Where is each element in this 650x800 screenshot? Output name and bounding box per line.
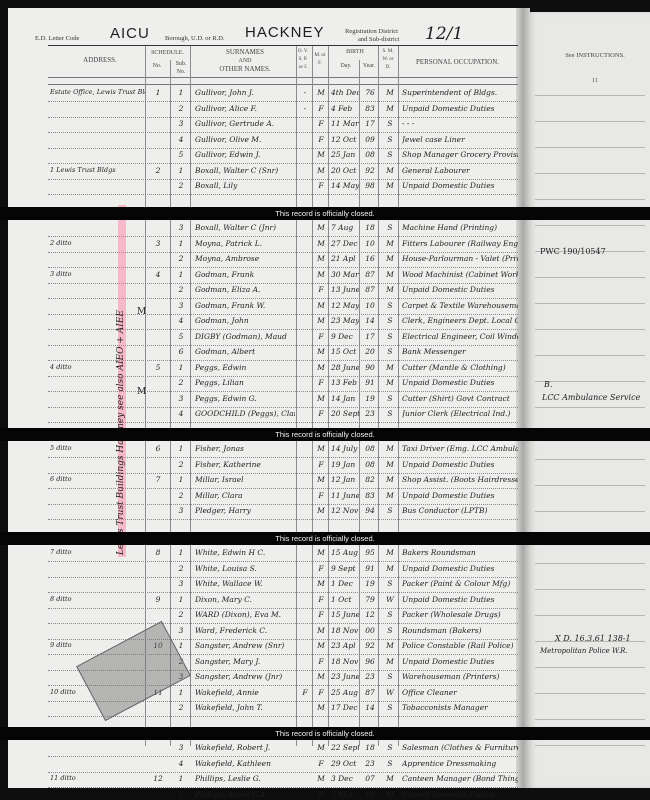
cell-name: Sangster, Andrew (Snr) [195, 641, 295, 650]
table-row: 4Wakefield, KathleenF29 Oct23SApprentice… [0, 757, 518, 773]
cell-day: 4 Feb [331, 104, 359, 113]
cell-occupation: General Labourer [402, 166, 518, 175]
cell-sex: M [315, 394, 327, 403]
cell-sex: F [315, 759, 327, 768]
cell-address: 1 Lewis Trust Bldgs [50, 166, 145, 174]
cell-marital: M [383, 88, 397, 97]
cell-marital: M [383, 774, 397, 783]
cell-sub: 4 [175, 409, 187, 418]
cell-occupation: Superintendent of Bldgs. [402, 88, 518, 97]
ruled-line [535, 147, 645, 148]
cell-sex: F [315, 657, 327, 666]
cell-sub: 4 [175, 316, 187, 325]
table-row: 5DIGBY (Godman), MaudF9 Dec17SElectrical… [0, 330, 518, 346]
cell-sub: 4 [175, 135, 187, 144]
cell-sex: M [315, 579, 327, 588]
borough-value: HACKNEY [245, 24, 325, 41]
table-row: 4Godman, JohnM23 May14SClerk, Engineers … [0, 314, 518, 330]
cell-sub: 3 [175, 223, 187, 232]
cell-schedule: 9 [150, 595, 166, 604]
ruled-line [535, 329, 645, 330]
cell-name: Phillips, Annie C.A. [195, 790, 295, 799]
margin-m-2: M [137, 387, 146, 397]
cell-marital: S [383, 394, 397, 403]
cell-sex: M [315, 363, 327, 372]
table-row: 11 ditto121Phillips, Leslie G.M3 Dec07MC… [0, 772, 518, 788]
col-instructions: See INSTRUCTIONS. [555, 52, 635, 60]
cell-marital: S [383, 119, 397, 128]
cell-sex: F [315, 595, 327, 604]
cell-marital: M [383, 564, 397, 573]
cell-day: 4th Dec [331, 88, 359, 97]
cell-marital: M [383, 657, 397, 666]
cell-sex: F [315, 119, 327, 128]
ed-letter-code: AICU [110, 25, 150, 42]
ruled-line [535, 225, 645, 226]
cell-day: 13 June [331, 285, 359, 294]
cell-day: 21 Apl [331, 254, 359, 263]
cell-occupation: Unpaid Domestic Duties [402, 595, 518, 604]
cell-sex: M [315, 672, 327, 681]
colnum-rule [48, 84, 518, 85]
table-row: 2Peggs, LilianF13 Feb91MUnpaid Domestic … [0, 376, 518, 392]
cell-sex: M [315, 743, 327, 752]
cell-day: 15 June [331, 610, 359, 619]
cell-year: 83 [362, 491, 378, 500]
col-birth-year: Year. [360, 62, 378, 70]
cell-name: Wakefield, John T. [195, 703, 295, 712]
cell-day: 20 Oct [331, 166, 359, 175]
cell-schedule: 5 [150, 363, 166, 372]
cell-name: Peggs, Edwin G. [195, 394, 295, 403]
table-row: 2WARD (Dixon), Eva M.F15 June12SPacker (… [0, 608, 518, 624]
cell-occupation: Police Constable (Rail Police) [402, 641, 518, 650]
registration-label-2: and Sub-district [358, 36, 399, 43]
col-schedule: SCHEDULE. [145, 49, 190, 57]
cell-marital: S [383, 135, 397, 144]
cell-name: Dixon, Mary C. [195, 595, 295, 604]
cell-sex: F [315, 135, 327, 144]
cell-marital: M [383, 254, 397, 263]
cell-sex: M [315, 150, 327, 159]
right-note-b: B. [544, 380, 552, 389]
cell-sub: 2 [175, 378, 187, 387]
cell-name: Godman, Frank [195, 270, 295, 279]
col-address: ADDRESS. [60, 56, 140, 64]
table-row: 2White, Louisa S.F9 Sept91MUnpaid Domest… [0, 562, 518, 578]
table-row: 3Peggs, Edwin G.M14 Jan19SCutter (Shirt)… [0, 392, 518, 408]
ruled-line [535, 459, 645, 460]
cell-marital: M [383, 239, 397, 248]
cell-year: 82 [362, 475, 378, 484]
ruled-line [535, 95, 645, 96]
cell-day: 28 June [331, 363, 359, 372]
ruled-line [535, 511, 645, 512]
cell-year: 83 [362, 104, 378, 113]
cell-sub: 1 [175, 88, 187, 97]
ruled-line [535, 693, 645, 694]
table-row: 2Wakefield, John T.M17 Dec14STobacconist… [0, 701, 518, 717]
cell-marital: M [383, 270, 397, 279]
cell-sub: 3 [175, 301, 187, 310]
cell-address: 3 ditto [50, 270, 145, 278]
cell-address: 6 ditto [50, 475, 145, 483]
cell-year: 08 [362, 460, 378, 469]
cell-marital: M [383, 378, 397, 387]
closed-record-bar: This record is officially closed. [0, 532, 650, 545]
cell-schedule: 4 [150, 270, 166, 279]
cell-name: Godman, Frank W. [195, 301, 295, 310]
cell-name: White, Edwin H C. [195, 548, 295, 557]
cell-marital: S [383, 506, 397, 515]
table-row: 3White, Wallace W.M1 Dec19SPacker (Paint… [0, 577, 518, 593]
cell-day: 13 Feb [331, 378, 359, 387]
cell-day: 29 Oct [331, 759, 359, 768]
col-occupation: PERSONAL OCCUPATION. [400, 58, 515, 66]
cell-year: 16 [362, 254, 378, 263]
table-row: 1 Lewis Trust Bldgs21Boxall, Walter C (S… [0, 164, 518, 180]
cell-sex: M [315, 641, 327, 650]
cell-day: 22 Sept [331, 743, 359, 752]
cell-sub: 3 [175, 119, 187, 128]
cell-year: 96 [362, 657, 378, 666]
cell-sub: 1 [175, 688, 187, 697]
table-row: 3Boxall, Walter C (Jnr)M7 Aug18SMachine … [0, 221, 518, 237]
ruled-line [535, 173, 645, 174]
cell-schedule: 8 [150, 548, 166, 557]
cell-address: 5 ditto [50, 444, 145, 452]
cell-sub: 1 [175, 774, 187, 783]
cell-sub: 1 [175, 595, 187, 604]
cell-marital: M [383, 285, 397, 294]
cell-sub: 2 [175, 285, 187, 294]
cell-day: 11 June [331, 491, 359, 500]
cell-sex: M [315, 88, 327, 97]
cell-day: 20 Sept [331, 409, 359, 418]
cell-sub: 2 [175, 790, 187, 799]
cell-sex: F [315, 460, 327, 469]
table-row: 4 ditto51Peggs, EdwinM28 June90MCutter (… [0, 361, 518, 377]
cell-year: 08 [362, 444, 378, 453]
cell-name: Gullivor, Alice F. [195, 104, 295, 113]
cell-name: Ward, Frederick C. [195, 626, 295, 635]
cell-name: Millar, Clara [195, 491, 295, 500]
cell-year: 12 [362, 790, 378, 799]
cell-day: 15 Aug [331, 548, 359, 557]
cell-occupation: Shop Manager Grocery Provisions [402, 150, 518, 159]
cell-day: 27 Dec [331, 239, 359, 248]
cell-marital: M [383, 181, 397, 190]
cell-year: 23 [362, 759, 378, 768]
cell-sub: 1 [175, 548, 187, 557]
cell-occupation: Electrical Engineer, Coil Winder [402, 332, 518, 341]
cell-sex: M [315, 239, 327, 248]
cell-marital: W [383, 595, 397, 604]
registration-label-1: Registration District [345, 28, 398, 35]
cell-address: 2 ditto [50, 239, 145, 247]
cell-name: Godman, Eliza A. [195, 285, 295, 294]
cell-schedule: 6 [150, 444, 166, 453]
ruled-line [535, 589, 645, 590]
cell-address: 8 ditto [50, 595, 145, 603]
cell-name: Fisher, Jonas [195, 444, 295, 453]
cell-name: Sangster, Andrew (Jnr) [195, 672, 295, 681]
cell-schedule: 12 [150, 774, 166, 783]
cell-name: Pledger, Harry [195, 506, 295, 515]
cell-sex: F [315, 564, 327, 573]
table-row: 3Wakefield, Robert J.M22 Sept18SSalesman… [0, 741, 518, 757]
cell-year: 14 [362, 316, 378, 325]
table-row: 2Boxall, LilyF14 May98MUnpaid Domestic D… [0, 179, 518, 195]
cell-sub: 6 [175, 347, 187, 356]
cell-occupation: Unpaid Domestic Duties [402, 657, 518, 666]
cell-year: 95 [362, 548, 378, 557]
cell-occupation: Shop Assist. (Boots Hairdresser) [402, 475, 518, 484]
cell-name: Boxall, Walter C (Jnr) [195, 223, 295, 232]
cell-year: 90 [362, 363, 378, 372]
table-row: 3 ditto41Godman, FrankM30 Mar87MWood Mac… [0, 268, 518, 284]
ruled-line [535, 407, 645, 408]
cell-occupation: Unpaid Domestic Duties [402, 285, 518, 294]
cell-sub: 3 [175, 743, 187, 752]
cell-name: Wakefield, Robert J. [195, 743, 295, 752]
cell-sub: 2 [175, 460, 187, 469]
right-note-met: Metropolitan Police W.R. [540, 647, 628, 655]
table-row: 6 ditto71Millar, IsraelM12 Jan82MShop As… [0, 473, 518, 489]
cell-year: 20 [362, 347, 378, 356]
cell-name: Gullivor, Olive M. [195, 135, 295, 144]
cell-sex: F [315, 378, 327, 387]
ruled-line [535, 485, 645, 486]
right-note-xd: X D. 16.3.61 138-1 [555, 634, 631, 643]
table-row: 3Sangster, Andrew (Jnr)M23 June23SWareho… [0, 670, 518, 686]
cell-occupation: Office Cleaner [402, 688, 518, 697]
cell-marital: S [383, 301, 397, 310]
table-row: 2Gullivor, Alice F.-F4 Feb83MUnpaid Dome… [0, 102, 518, 118]
registration-district: 12/1 [425, 24, 463, 44]
table-row: 5 ditto61Fisher, JonasM14 July08MTaxi Dr… [0, 442, 518, 458]
cell-sub: 3 [175, 579, 187, 588]
cell-occupation: Unpaid Domestic Duties [402, 564, 518, 573]
cell-sub: 3 [175, 626, 187, 635]
cell-name: Wakefield, Kathleen [195, 759, 295, 768]
cell-day: 14 Jan [331, 394, 359, 403]
table-row: Estate Office, Lewis Trust Bldgs, Dalsto… [0, 86, 518, 102]
cell-year: 92 [362, 641, 378, 650]
col-11: 11 [555, 77, 635, 85]
cell-sex: M [315, 254, 327, 263]
col-ovspi: O. V. S. P. or I. [296, 48, 310, 72]
table-row: 5Gullivor, Edwin J.M25 Jan08SShop Manage… [0, 148, 518, 164]
cell-day: 12 Nov [331, 506, 359, 515]
cell-occupation: Fitters Labourer (Railway Eng. LPTB) [402, 239, 518, 248]
cell-address: 11 ditto [50, 774, 145, 782]
cell-schedule: 3 [150, 239, 166, 248]
cell-name: Peggs, Edwin [195, 363, 295, 372]
cell-sub: 2 [175, 610, 187, 619]
cell-sex: F [315, 790, 327, 799]
table-row: 3Godman, Frank W.M12 May10SCarpet & Text… [0, 299, 518, 315]
cell-day: 1 Dec [331, 579, 359, 588]
cell-marital: M [383, 641, 397, 650]
row-rule [48, 194, 518, 195]
cell-marital: M [383, 790, 397, 799]
table-row: 2Godman, Eliza A.F13 June87MUnpaid Domes… [0, 283, 518, 299]
ed-letter-code-label: E.D. Letter Code [35, 35, 79, 42]
cell-name: Gullivor, Edwin J. [195, 150, 295, 159]
cell-day: 11 Mar [331, 119, 359, 128]
cell-sub: 1 [175, 270, 187, 279]
cell-day: 14 July [331, 444, 359, 453]
margin-m-1: M [137, 307, 146, 317]
cell-occupation: Unpaid Domestic Duties [402, 460, 518, 469]
cell-sex: M [315, 548, 327, 557]
ruled-line [535, 277, 645, 278]
cell-year: 87 [362, 270, 378, 279]
table-row: 4GOODCHILD (Peggs), Clair F.F20 Sept23SJ… [0, 407, 518, 423]
ruled-line [535, 563, 645, 564]
col-marital: S. M. W. or D. [382, 48, 394, 72]
ruled-line [535, 303, 645, 304]
cell-marital: W [383, 688, 397, 697]
cell-address: 7 ditto [50, 548, 145, 556]
row-rule [48, 716, 518, 717]
closed-record-bar: This record is officially closed. [0, 727, 650, 740]
cell-year: 94 [362, 506, 378, 515]
right-note-lcc: LCC Ambulance Service [542, 393, 640, 402]
cell-marital: S [383, 759, 397, 768]
cell-marital: S [383, 223, 397, 232]
cell-marital: S [383, 347, 397, 356]
cell-day: 25 Aug [331, 688, 359, 697]
cell-day: 18 Nov [331, 626, 359, 635]
cell-sex: F [315, 285, 327, 294]
cell-sex: F [315, 688, 327, 697]
cell-year: 17 [362, 332, 378, 341]
cell-sub: 3 [175, 506, 187, 515]
cell-year: 14 [362, 703, 378, 712]
cell-marital: M [383, 548, 397, 557]
ruled-line [535, 745, 645, 746]
table-row: 3Pledger, HarryM12 Nov94SBus Conductor (… [0, 504, 518, 520]
cell-year: 87 [362, 285, 378, 294]
cell-schedule: 2 [150, 166, 166, 175]
cell-day: 23 Apl [331, 641, 359, 650]
ruled-line [535, 121, 645, 122]
cell-occupation: Salesman (Clothes & Furniture) [402, 743, 518, 752]
table-row: 10 ditto111Wakefield, AnnieFF25 Aug87WOf… [0, 686, 518, 702]
cell-marital: S [383, 743, 397, 752]
cell-marital: M [383, 475, 397, 484]
cell-occupation: Cutter (Mantle & Clothing) [402, 363, 518, 372]
cell-occupation: Unpaid Domestic Duties [402, 491, 518, 500]
cell-sex: M [315, 626, 327, 635]
cell-sex: M [315, 444, 327, 453]
cell-sub: 2 [175, 491, 187, 500]
cell-sub: 1 [175, 475, 187, 484]
cell-year: 91 [362, 564, 378, 573]
cell-year: 87 [362, 688, 378, 697]
cell-occupation: Bus Conductor (LPTB) [402, 506, 518, 515]
cell-day: 9 Sept [331, 564, 359, 573]
cell-sex: F [315, 181, 327, 190]
cell-schedule: 7 [150, 475, 166, 484]
ruled-line [535, 615, 645, 616]
cell-sub: 2 [175, 703, 187, 712]
cell-occupation: Canteen Manager (Bond Thing Salesman) [402, 774, 518, 783]
cell-day: 12 Oct [331, 135, 359, 144]
cell-day: 12 Jan [331, 475, 359, 484]
cell-name: Millar, Israel [195, 475, 295, 484]
cell-occupation: Roundsman (Bakers) [402, 626, 518, 635]
cell-sub: 5 [175, 150, 187, 159]
cell-sub: 1 [175, 239, 187, 248]
cell-day: 19 Jan [331, 460, 359, 469]
cell-sex: F [315, 409, 327, 418]
cell-sub: 1 [175, 444, 187, 453]
cell-ovspi: F [299, 688, 311, 697]
cell-occupation: Bank Messenger [402, 347, 518, 356]
cell-year: 76 [362, 88, 378, 97]
cell-sex: M [315, 506, 327, 515]
col-surnames-1: SURNAMES [200, 48, 290, 56]
header-rule [48, 45, 518, 46]
cell-marital: S [383, 610, 397, 619]
table-row: 8 ditto91Dixon, Mary C.F1 Oct79WUnpaid D… [0, 593, 518, 609]
cell-occupation: Apprentice Dressmaking [402, 759, 518, 768]
cell-day: 17 Dec [331, 703, 359, 712]
cell-marital: M [383, 363, 397, 372]
closed-record-bar: This record is officially closed. [0, 428, 650, 441]
cell-day: 12 May [331, 301, 359, 310]
cell-marital: M [383, 444, 397, 453]
cell-name: Boxall, Lily [195, 181, 295, 190]
cell-name: White, Louisa S. [195, 564, 295, 573]
cell-sub: 1 [175, 166, 187, 175]
cell-occupation: Unpaid Domestic Duties [402, 104, 518, 113]
cell-year: 07 [362, 774, 378, 783]
table-row: 4Gullivor, Olive M.F12 Oct09SJewel case … [0, 133, 518, 149]
cell-occupation: Taxi Driver (Emg. LCC Ambulance Service) [402, 444, 518, 453]
table-row: 6Godman, AlbertM15 Oct20SBank Messenger [0, 345, 518, 361]
cell-occupation: Unpaid Domestic Duties [402, 181, 518, 190]
cell-sub: 3 [175, 394, 187, 403]
cell-year: 18 [362, 223, 378, 232]
cell-name: Gullivor, Gertrude A. [195, 119, 295, 128]
cell-name: Godman, Albert [195, 347, 295, 356]
cell-marital: S [383, 672, 397, 681]
col-schedule-no: No. [147, 62, 167, 70]
cell-marital: M [383, 166, 397, 175]
cell-name: White, Wallace W. [195, 579, 295, 588]
cell-sex: M [315, 347, 327, 356]
cell-sub: 2 [175, 564, 187, 573]
ruled-line [535, 719, 645, 720]
cell-occupation: Wood Machinist (Cabinet Works) [402, 270, 518, 279]
cell-sex: M [315, 703, 327, 712]
cell-occupation: Jewel case Liner [402, 135, 518, 144]
cell-year: 18 [362, 743, 378, 752]
cell-sex: F [315, 332, 327, 341]
cell-marital: S [383, 150, 397, 159]
col-birth-day: Day. [332, 62, 360, 70]
cell-name: Sangster, Mary J. [195, 657, 295, 666]
cell-marital: S [383, 409, 397, 418]
cell-day: 3 Dec [331, 774, 359, 783]
cell-marital: M [383, 491, 397, 500]
cell-day: 23 June [331, 672, 359, 681]
cell-marital: M [383, 104, 397, 113]
